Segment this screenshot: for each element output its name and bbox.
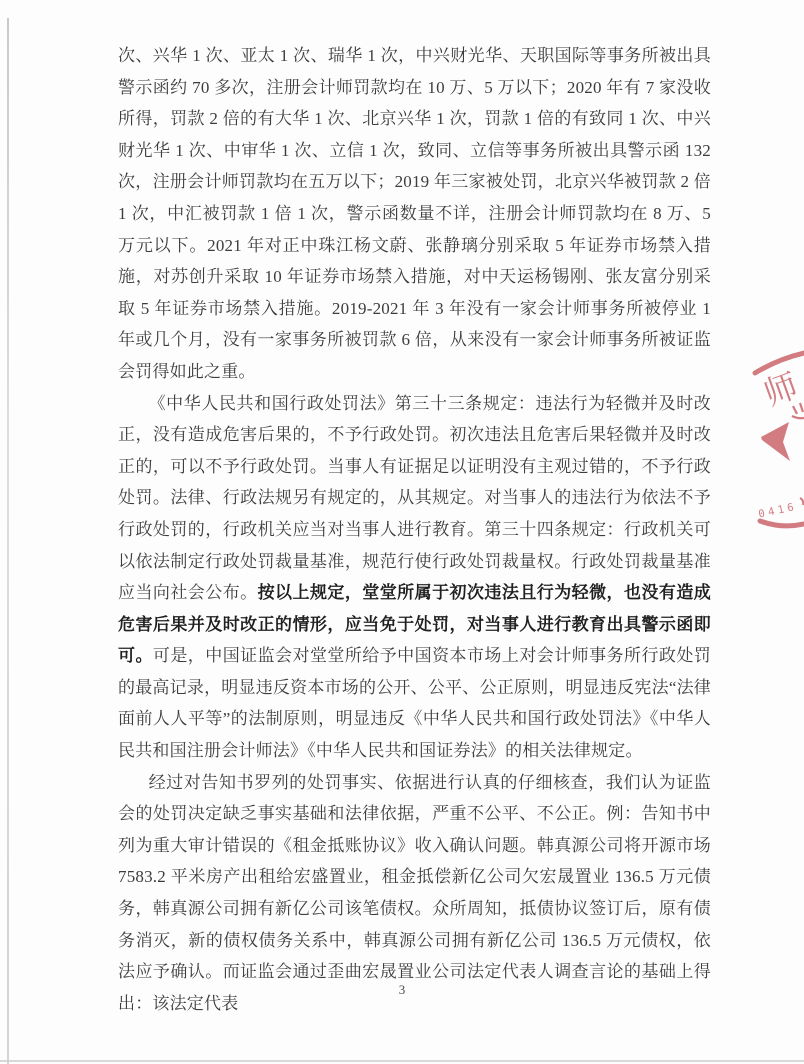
official-seal-stamp: 师 0416 bbox=[748, 350, 804, 532]
scan-edge-artifact-bottom bbox=[0, 1060, 804, 1062]
text-run: 次、兴华 1 次、亚太 1 次、瑞华 1 次，中兴财光华、天职国际等事务所被出具… bbox=[118, 46, 711, 381]
text-run: 可是，中国证监会对堂堂所给予中国资本市场上对会计师事务所行政处罚的最高记录，明显… bbox=[118, 646, 711, 760]
seal-serial-partial-digit bbox=[800, 498, 803, 505]
scan-edge-artifact-left bbox=[7, 18, 9, 1064]
paragraph: 《中华人民共和国行政处罚法》第三十三条规定：违法行为轻微并及时改正，没有造成危害… bbox=[118, 388, 711, 767]
seal-character: 师 bbox=[759, 367, 803, 413]
seal-top-arc bbox=[755, 353, 804, 373]
page-number: 3 bbox=[0, 982, 804, 998]
paragraph: 次、兴华 1 次、亚太 1 次、瑞华 1 次，中兴财光华、天职国际等事务所被出具… bbox=[118, 40, 711, 388]
seal-serial-number: 0416 bbox=[757, 501, 798, 521]
seal-character-fragment bbox=[792, 403, 804, 418]
seal-graphic: 师 0416 bbox=[748, 350, 804, 532]
seal-bottom-arc bbox=[760, 521, 804, 526]
scanned-document-page: 次、兴华 1 次、亚太 1 次、瑞华 1 次，中兴财光华、天职国际等事务所被出具… bbox=[0, 0, 804, 1064]
text-run: 《中华人民共和国行政处罚法》第三十三条规定：违法行为轻微并及时改正，没有造成危害… bbox=[118, 394, 711, 603]
seal-star-point bbox=[761, 422, 790, 461]
text-run: 经过对告知书罗列的处罚事实、依据进行认真的仔细核查，我们认为证监会的处罚决定缺乏… bbox=[118, 773, 711, 1013]
document-body: 次、兴华 1 次、亚太 1 次、瑞华 1 次，中兴财光华、天职国际等事务所被出具… bbox=[118, 40, 711, 1019]
